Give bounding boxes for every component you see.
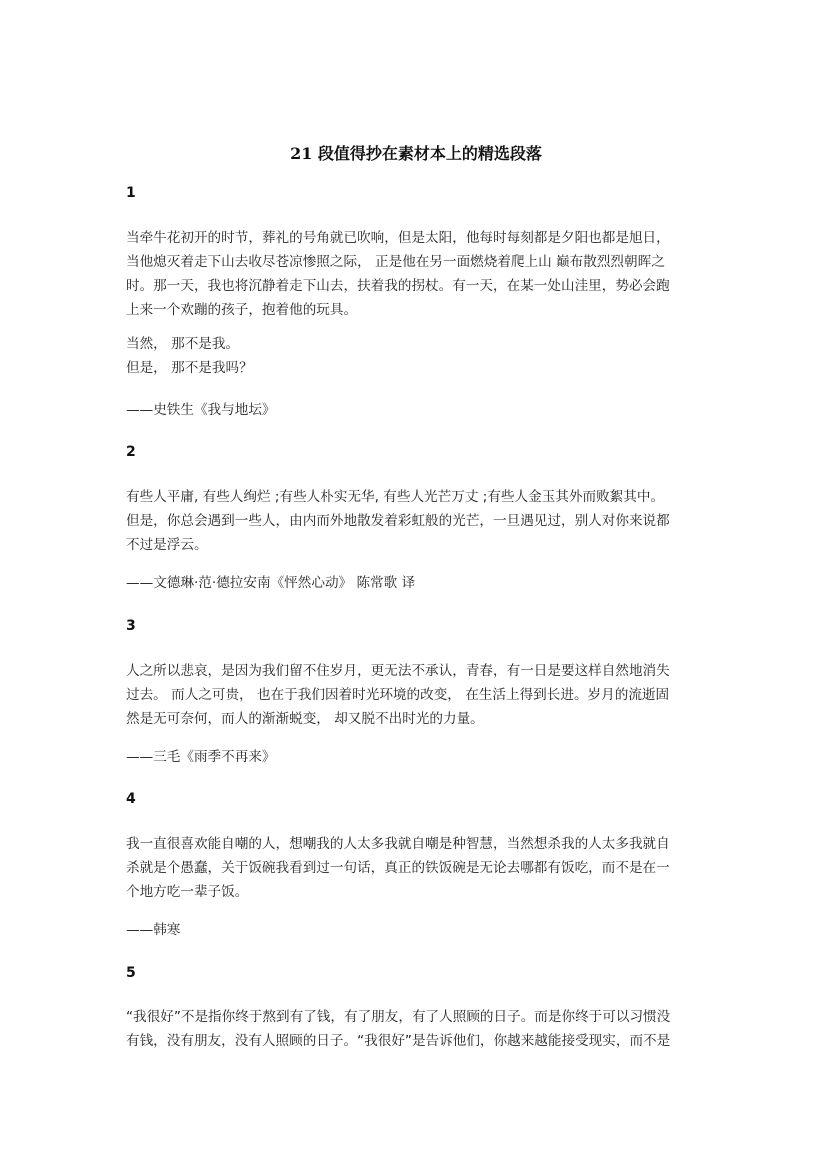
paragraph-line: 过去。 而人之可贵， 也在于我们因着时光环境的改变， 在生活上得到长进。岁月的流… [126,683,706,707]
section-paragraph: 当牵牛花初开的时节，葬礼的号角就已吹响，但是太阳，他每时每刻都是夕阳也都是旭日，… [126,226,706,322]
paragraph-line: 但是， 那不是我吗？ [126,356,706,380]
paragraph-line: 当然， 那不是我。 [126,332,706,356]
paragraph-line: 时。那一天，我也将沉静着走下山去，扶着我的拐杖。有一天，在某一处山洼里，势必会跑 [126,274,706,298]
section-number: 1 [126,185,136,201]
section-paragraph-extra: 当然， 那不是我。 但是， 那不是我吗？ [126,332,706,380]
section-source: ——韩寒 [126,918,180,942]
paragraph-line: 有钱，没有朋友，没有人照顾的日子。“我很好”是告诉他们，你越来越能接受现实，而不… [126,1029,706,1053]
section-number: 4 [126,791,136,807]
section-number: 2 [126,444,136,460]
section-paragraph: 我一直很喜欢能自嘲的人，想嘲我的人太多我就自嘲是种智慧，当然想杀我的人太多我就自… [126,832,706,904]
section-number: 3 [126,618,136,634]
paragraph-line: 然是无可奈何，而人的渐渐蜕变， 却又脱不出时光的力量。 [126,707,706,731]
paragraph-line: 上来一个欢蹦的孩子，抱着他的玩具。 [126,298,706,322]
section-paragraph: 有些人平庸, 有些人绚烂 ;有些人朴实无华, 有些人光芒万丈 ;有些人金玉其外而… [126,485,706,557]
section-paragraph: “我很好”不是指你终于熬到有了钱，有了朋友，有了人照顾的日子。而是你终于可以习惯… [126,1005,706,1053]
paragraph-line: 当牵牛花初开的时节，葬礼的号角就已吹响，但是太阳，他每时每刻都是夕阳也都是旭日， [126,226,706,250]
paragraph-line: 有些人平庸, 有些人绚烂 ;有些人朴实无华, 有些人光芒万丈 ;有些人金玉其外而… [126,485,706,509]
paragraph-line: 人之所以悲哀，是因为我们留不住岁月，更无法不承认，青春，有一日是要这样自然地消失 [126,659,706,683]
section-source: ——史铁生《我与地坛》 [126,398,276,422]
paragraph-line: “我很好”不是指你终于熬到有了钱，有了朋友，有了人照顾的日子。而是你终于可以习惯… [126,1005,706,1029]
paragraph-line: 杀就是个愚蠢，关于饭碗我看到过一句话，真正的铁饭碗是无论去哪都有饭吃，而不是在一 [126,856,706,880]
paragraph-line: 个地方吃一辈子饭。 [126,880,706,904]
paragraph-line: 我一直很喜欢能自嘲的人，想嘲我的人太多我就自嘲是种智慧，当然想杀我的人太多我就自 [126,832,706,856]
section-source: ——文德琳·范·德拉安南《怦然心动》 陈常歌 译 [126,571,415,595]
section-number: 5 [126,965,136,981]
paragraph-line: 当他熄灭着走下山去收尽苍凉惨照之际， 正是他在另一面燃烧着爬上山 巅布散烈烈朝晖… [126,250,706,274]
section-paragraph: 人之所以悲哀，是因为我们留不住岁月，更无法不承认，青春，有一日是要这样自然地消失… [126,659,706,731]
document-title: 21 段值得抄在素材本上的精选段落 [126,141,706,164]
section-source: ——三毛《雨季不再来》 [126,745,276,769]
paragraph-line: 不过是浮云。 [126,533,706,557]
paragraph-line: 但是，你总会遇到一些人，由内而外地散发着彩虹般的光芒，一旦遇见过，别人对你来说都 [126,509,706,533]
